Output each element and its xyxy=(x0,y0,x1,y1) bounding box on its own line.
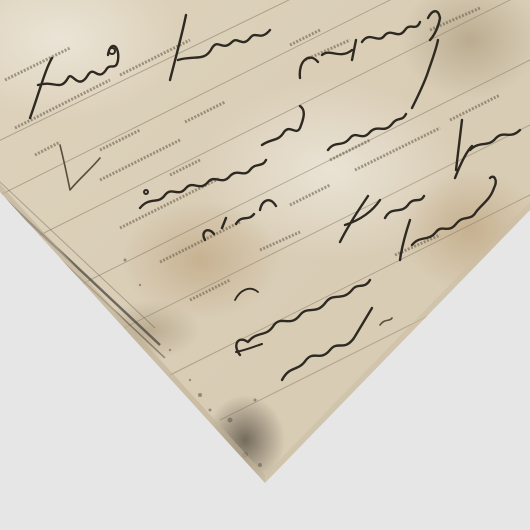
document-photo: Aged sepia manuscript page with illegibl… xyxy=(0,0,530,530)
aged-paper xyxy=(0,0,530,530)
